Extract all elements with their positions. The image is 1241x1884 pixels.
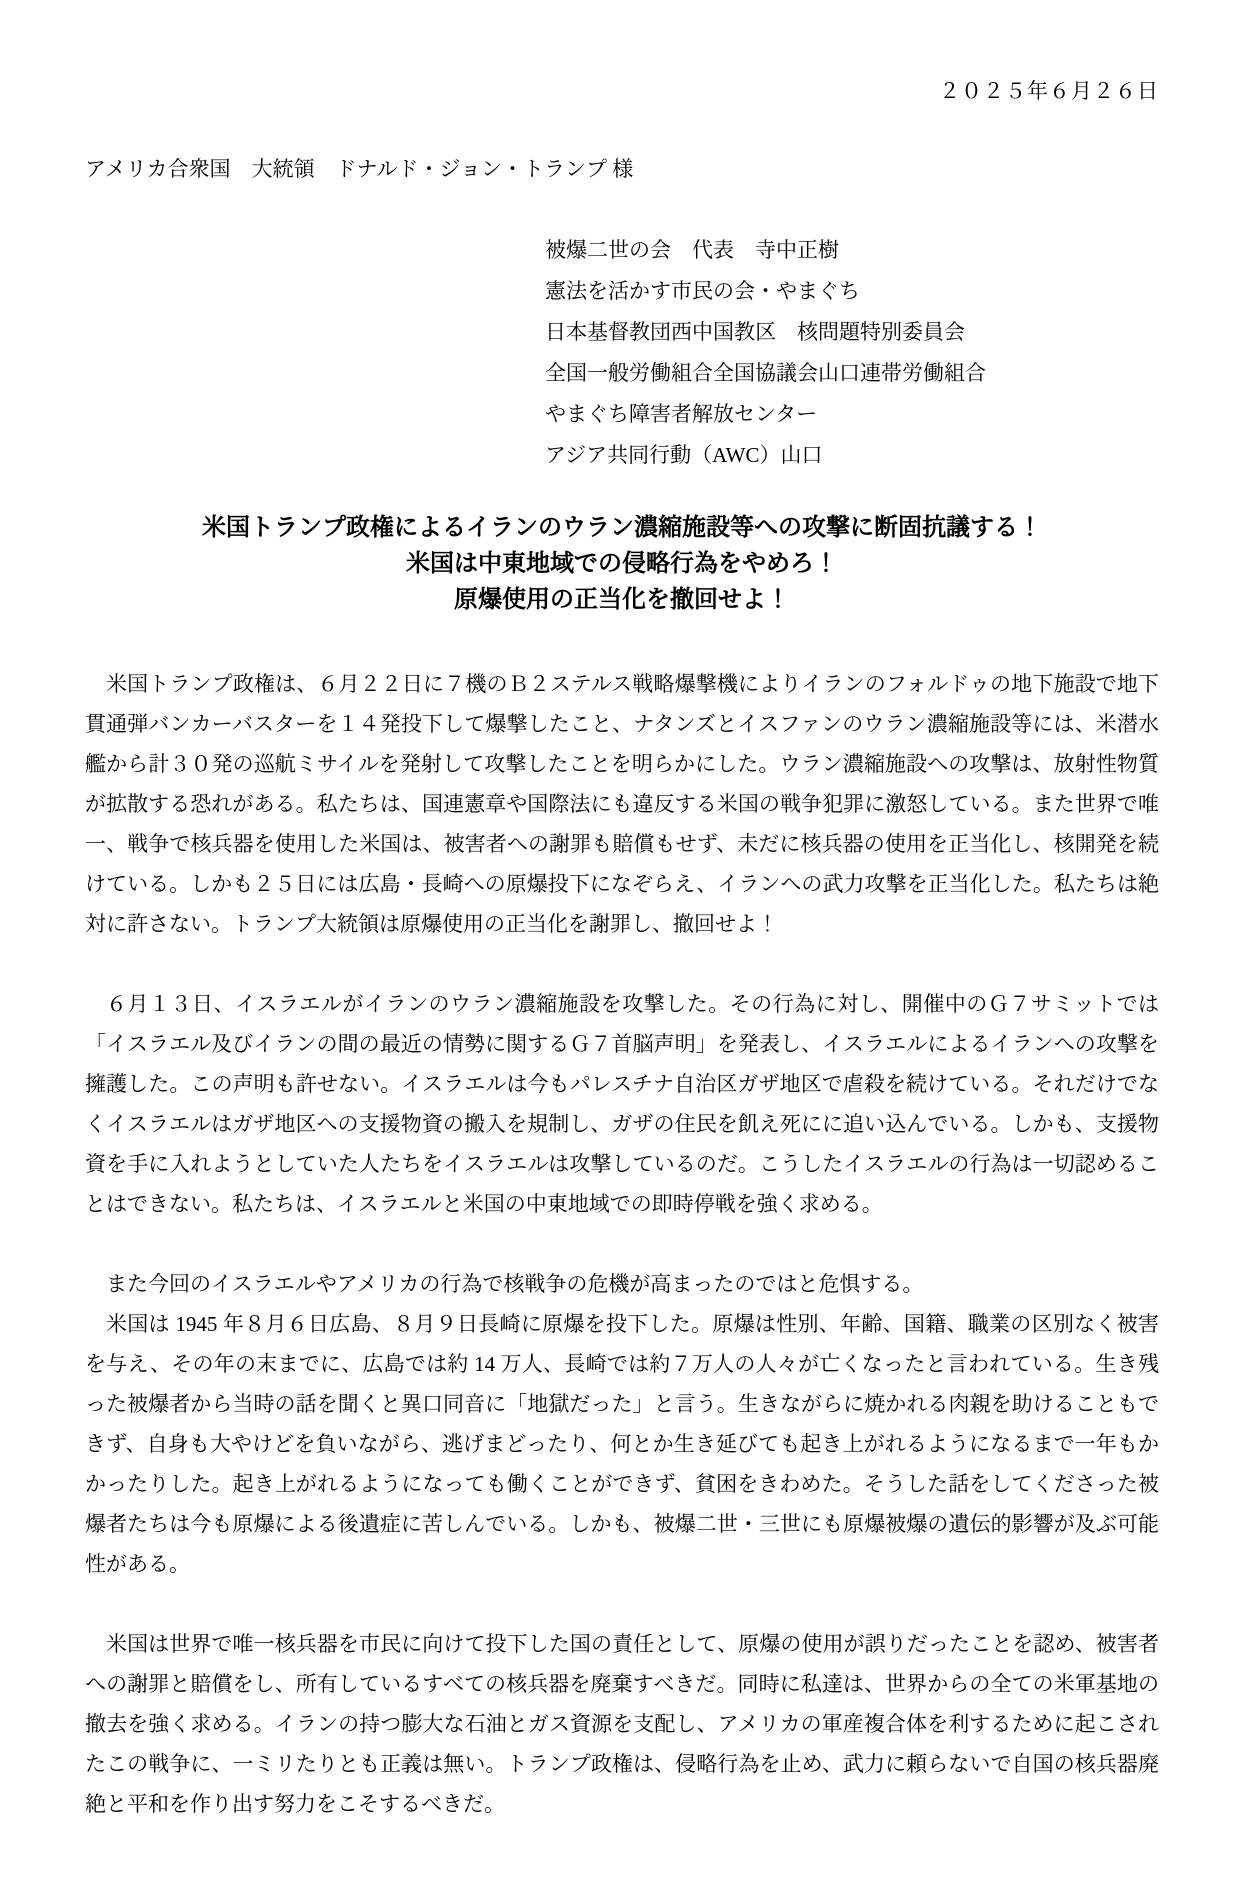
sender-item: 被爆二世の会 代表 寺中正樹: [545, 230, 1159, 271]
body-paragraph: 米国トランプ政権は、６月２２日に７機のＢ２ステルス戦略爆撃機によりイランのフォル…: [85, 664, 1159, 944]
letter-page: ２０２５年６月２６日 アメリカ合衆国 大統領 ドナルド・ジョン・トランプ 様 被…: [0, 0, 1241, 1884]
sender-item: 日本基督教団西中国教区 核問題特別委員会: [545, 312, 1159, 353]
body-paragraph: ６月１３日、イスラエルがイランのウラン濃縮施設を攻撃した。その行為に対し、開催中…: [85, 984, 1159, 1224]
body-paragraph: また今回のイスラエルやアメリカの行為で核戦争の危機が高まったのではと危惧する。: [85, 1264, 1159, 1304]
body-paragraph: 米国は 1945 年８月６日広島、８月９日長崎に原爆を投下した。原爆は性別、年齢…: [85, 1304, 1159, 1584]
sender-organizations: 被爆二世の会 代表 寺中正樹 憲法を活かす市民の会・やまぐち 日本基督教団西中国…: [545, 230, 1159, 476]
document-date: ２０２５年６月２６日: [85, 78, 1159, 104]
sender-item: アジア共同行動（AWC）山口: [545, 435, 1159, 476]
recipient-line: アメリカ合衆国 大統領 ドナルド・ジョン・トランプ 様: [85, 156, 1159, 182]
sender-item: やまぐち障害者解放センター: [545, 394, 1159, 435]
title-line-3: 原爆使用の正当化を撤回せよ！: [85, 582, 1159, 618]
sender-item: 全国一般労働組合全国協議会山口連帯労働組合: [545, 353, 1159, 394]
title-line-2: 米国は中東地域での侵略行為をやめろ！: [85, 546, 1159, 582]
title-line-1: 米国トランプ政権によるイランのウラン濃縮施設等への攻撃に断固抗議する！: [85, 510, 1159, 546]
body-paragraph: 米国は世界で唯一核兵器を市民に向けて投下した国の責任として、原爆の使用が誤りだっ…: [85, 1624, 1159, 1824]
letter-title: 米国トランプ政権によるイランのウラン濃縮施設等への攻撃に断固抗議する！ 米国は中…: [85, 510, 1159, 618]
sender-item: 憲法を活かす市民の会・やまぐち: [545, 271, 1159, 312]
letter-body: 米国トランプ政権は、６月２２日に７機のＢ２ステルス戦略爆撃機によりイランのフォル…: [85, 664, 1159, 1824]
